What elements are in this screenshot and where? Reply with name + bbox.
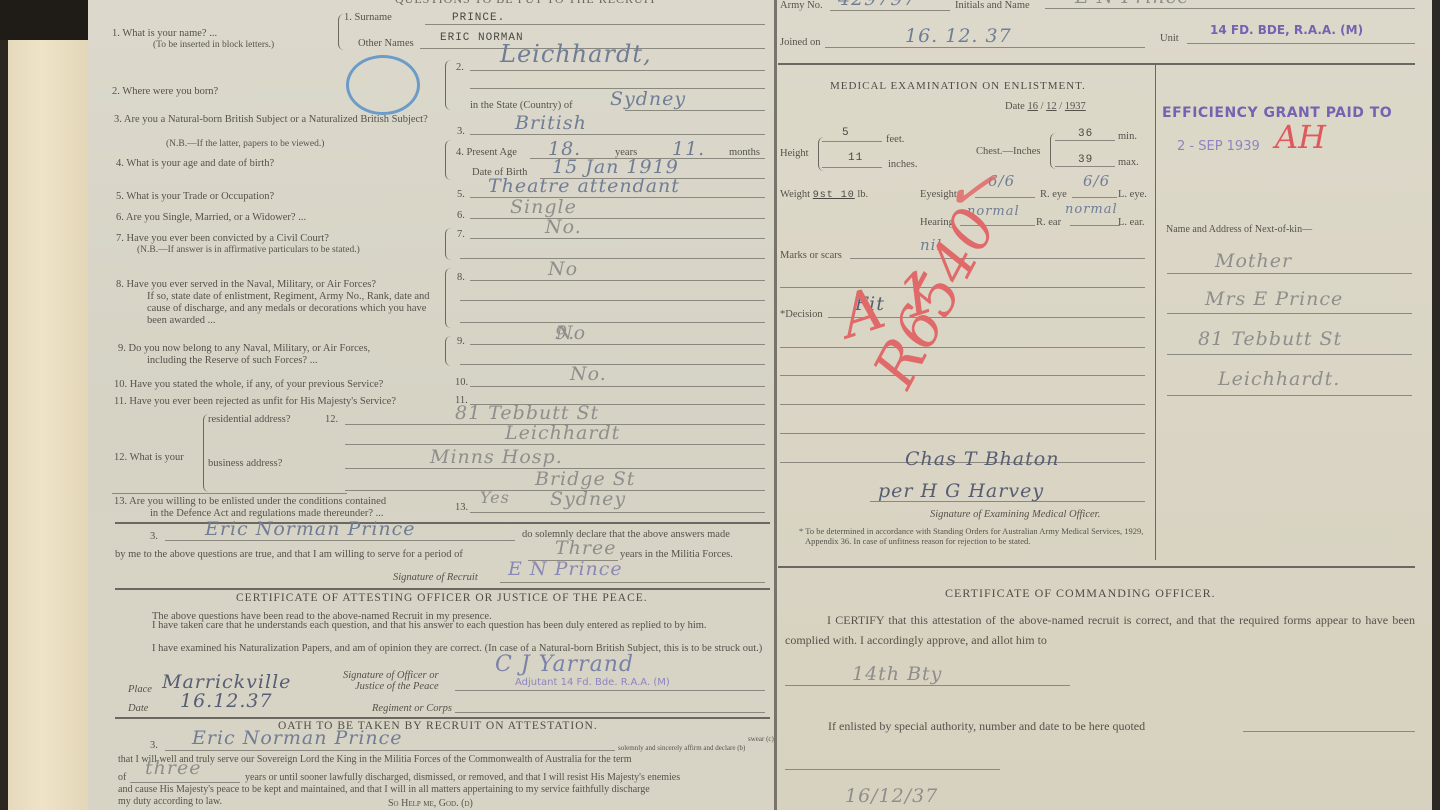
- oath-line-3: and cause His Majesty's peace to be kept…: [118, 784, 650, 796]
- rule: [470, 134, 765, 135]
- left-ear-label: L. ear.: [1118, 217, 1145, 229]
- question-2: 2. Where were you born?: [112, 86, 218, 98]
- birthplace-town: Leichhardt,: [500, 40, 652, 68]
- service-period: Three: [555, 537, 616, 559]
- oath-name: Eric Norman Prince: [192, 727, 403, 749]
- medical-title: MEDICAL EXAMINATION ON ENLISTMENT.: [830, 80, 1086, 92]
- question-8: 8. Have you ever served in the Naval, Mi…: [116, 279, 376, 291]
- question-3-note: (N.B.—If the latter, papers to be viewed…: [166, 138, 324, 150]
- rule: [1072, 197, 1117, 198]
- page-fold: [774, 0, 777, 810]
- q13-answer: Sydney: [550, 488, 626, 510]
- rule: [1167, 313, 1412, 314]
- rule: [625, 110, 765, 111]
- special-authority-label: If enlisted by special authority, number…: [828, 720, 1145, 732]
- rule: [470, 512, 765, 513]
- question-7-note: (N.B.—If answer is in affirmative partic…: [137, 244, 360, 256]
- medical-date: Date 16 / 12 / 1937: [1005, 101, 1086, 113]
- date-label: Date: [128, 703, 148, 715]
- rule: [1167, 354, 1412, 355]
- answer-number: 10.: [455, 377, 468, 389]
- answer-number: 9.: [457, 336, 465, 348]
- left-eye-value: 6/6: [1083, 172, 1110, 190]
- bracket: [445, 228, 452, 260]
- q8-answer: No: [548, 258, 578, 280]
- rule: [460, 258, 765, 259]
- rule: [460, 322, 765, 323]
- regiment-label: Regiment or Corps: [372, 703, 452, 715]
- officer-signature-label-2: Justice of the Peace: [355, 681, 439, 693]
- rule: [460, 300, 765, 301]
- unit-stamp: 14 FD. BDE, R.A.A. (M): [1210, 23, 1363, 37]
- date-value: 16.12.37: [180, 690, 273, 712]
- rule: [780, 433, 1145, 434]
- height-inches-value: 11: [848, 152, 863, 164]
- rule: [470, 70, 765, 71]
- rule: [1055, 166, 1115, 167]
- feet-label: feet.: [886, 134, 904, 146]
- oath-term: three: [145, 757, 201, 779]
- q7-answer: No.: [545, 216, 582, 238]
- allotted-unit: 14th Bty: [852, 663, 942, 685]
- q13-prefix: Yes: [480, 488, 510, 507]
- q9-answer-text: No: [556, 322, 586, 344]
- state-label: in the State (Country) of: [470, 100, 573, 112]
- adjutant-stamp: Adjutant 14 Fd. Bde. R.A.A. (M): [515, 677, 670, 688]
- army-no-label: Army No.: [780, 0, 823, 12]
- rule: [780, 375, 1145, 376]
- q10-answer: No.: [570, 363, 607, 385]
- min-label: min.: [1118, 131, 1137, 143]
- question-6: 6. Are you Single, Married, or a Widower…: [116, 212, 306, 224]
- divider: [778, 63, 1415, 65]
- rule: [850, 258, 1145, 259]
- initials-value: E N Prince: [1075, 0, 1190, 8]
- left-ear-value: normal: [1065, 202, 1118, 217]
- right-edge: [1432, 0, 1440, 810]
- joined-on-value: 16. 12. 37: [905, 25, 1012, 47]
- rule: [130, 782, 240, 783]
- question-5: 5. What is your Trade or Occupation?: [116, 191, 274, 203]
- rule: [785, 685, 1070, 686]
- bracket: [445, 336, 452, 366]
- paper-tape-strip: [8, 40, 93, 810]
- question-10: 10. Have you stated the whole, if any, o…: [114, 379, 383, 391]
- birthplace-state: Sydney: [610, 88, 686, 110]
- declaration-text-3: years in the Militia Forces.: [620, 549, 733, 561]
- business-address-2: Bridge St: [535, 468, 635, 490]
- efficiency-grant-initials: AH: [1275, 118, 1326, 156]
- residential-address-1: 81 Tebbutt St: [455, 402, 599, 424]
- occupation-value: Theatre attendant: [488, 175, 680, 197]
- next-of-kin-line-2: Mrs E Prince: [1205, 288, 1343, 310]
- divider: [778, 566, 1415, 568]
- rule: [460, 364, 765, 365]
- co-certificate-text: I CERTIFY that this attestation of the a…: [785, 610, 1415, 650]
- medical-footnote: * To be determined in accordance with St…: [795, 526, 1155, 546]
- question-4: 4. What is your age and date of birth?: [116, 158, 274, 170]
- marital-status-value: Single: [510, 196, 577, 218]
- blue-pencil-circle-mark: [346, 55, 420, 115]
- bracket: [818, 137, 825, 171]
- right-page: [777, 0, 1432, 810]
- question-3: 3. Are you a Natural-born British Subjec…: [114, 114, 428, 126]
- right-eye-label: R. eye: [1040, 189, 1067, 201]
- rule: [822, 141, 882, 142]
- question-11: 11. Have you ever been rejected as unfit…: [114, 396, 396, 408]
- months-label: months: [729, 147, 760, 159]
- declaration-text-2: by me to the above questions are true, a…: [115, 549, 463, 561]
- bracket: [445, 60, 452, 110]
- questions-header: QUESTIONS TO BE PUT TO THE RECRUIT: [395, 0, 657, 7]
- recruit-signature-label: Signature of Recruit: [393, 572, 478, 584]
- answer-number: 7.: [457, 229, 465, 241]
- question-1-note: (To be inserted in block letters.): [153, 39, 274, 51]
- answer-number: 13.: [455, 502, 468, 514]
- next-of-kin-label: Name and Address of Next-of-kin—: [1166, 224, 1312, 236]
- residential-label: residential address?: [208, 414, 291, 426]
- height-label: Height: [780, 148, 809, 160]
- joined-on-label: Joined on: [780, 37, 821, 49]
- rule: [825, 47, 1145, 48]
- surname-label: 1. Surname: [344, 12, 392, 24]
- unit-label: Unit: [1160, 33, 1179, 45]
- rule: [780, 404, 1145, 405]
- rule: [1167, 273, 1412, 274]
- chest-label: Chest.—Inches: [976, 146, 1040, 158]
- recruit-signature: E N Prince: [508, 558, 623, 580]
- rule: [822, 167, 882, 168]
- rule: [1070, 225, 1120, 226]
- max-label: max.: [1118, 157, 1139, 169]
- question-13: 13. Are you willing to be enlisted under…: [114, 496, 386, 508]
- bracket: [1050, 133, 1057, 169]
- rule: [425, 24, 765, 25]
- rule: [470, 238, 765, 239]
- right-ear-label: R. ear: [1036, 217, 1061, 229]
- answer-number: 2.: [456, 62, 464, 74]
- medical-officer-signature-2: per H G Harvey: [878, 480, 1044, 502]
- rule: [470, 218, 765, 219]
- rule: [1055, 140, 1115, 141]
- attesting-p3: I have examined his Naturalization Paper…: [112, 641, 770, 657]
- rule: [165, 540, 515, 541]
- oath-so-help-me-god: So Help me, God. (d): [388, 798, 473, 810]
- oath-line-4: my duty according to law.: [118, 796, 222, 808]
- next-of-kin-line-3: 81 Tebbutt St: [1198, 328, 1342, 350]
- marks-label: Marks or scars: [780, 250, 842, 262]
- oath-affirm: solemnly and sincerely affirm and declar…: [618, 742, 745, 754]
- answer-number: 12.: [325, 414, 338, 426]
- attesting-p2: I have taken care that he understands ea…: [112, 618, 770, 634]
- next-of-kin-line-1: Mother: [1215, 250, 1292, 272]
- rule: [455, 690, 765, 691]
- answer-number: 5.: [457, 189, 465, 201]
- rule: [1243, 731, 1415, 732]
- oath-swear: swear (c): [748, 733, 774, 745]
- rule: [1167, 395, 1412, 396]
- rule: [500, 582, 765, 583]
- attesting-title: CERTIFICATE OF ATTESTING OFFICER OR JUST…: [236, 592, 648, 604]
- decision-label: *Decision: [780, 309, 823, 321]
- rule: [165, 750, 615, 751]
- oath-number: 3.: [150, 740, 158, 752]
- bracket: [445, 140, 452, 180]
- column-divider: [1155, 64, 1156, 560]
- answer-number: 6.: [457, 210, 465, 222]
- place-label: Place: [128, 684, 152, 696]
- rule: [470, 344, 765, 345]
- rule: [780, 347, 1145, 348]
- medical-officer-signature-1: Chas T Bhaton: [905, 448, 1059, 470]
- rule: [470, 386, 765, 387]
- divider: [115, 588, 770, 590]
- divider: [115, 717, 770, 719]
- next-of-kin-line-4: Leichhardt.: [1218, 368, 1340, 390]
- declaration-text-1: do solemnly declare that the above answe…: [522, 529, 730, 541]
- business-label: business address?: [208, 458, 282, 470]
- declaration-number: 3.: [150, 531, 158, 543]
- question-9-note: including the Reserve of such Forces? ..…: [147, 355, 318, 367]
- rule: [345, 444, 765, 445]
- question-9: 9. Do you now belong to any Naval, Milit…: [118, 343, 370, 355]
- co-certificate-date: 16/12/37: [845, 785, 938, 807]
- rule: [470, 280, 765, 281]
- rule: [785, 769, 1000, 770]
- other-names-label: Other Names: [358, 38, 414, 50]
- nationality-value: British: [515, 112, 587, 134]
- present-age-label: 4. Present Age: [456, 147, 517, 159]
- rule: [1187, 43, 1415, 44]
- left-eye-label: L. eye.: [1118, 189, 1147, 201]
- surname-value: PRINCE.: [452, 12, 505, 24]
- army-no-value: 429797: [838, 0, 917, 10]
- medical-signature-label: Signature of Examining Medical Officer.: [930, 509, 1100, 521]
- bracket: [445, 268, 452, 328]
- officer-signature: C J Yarrand: [495, 652, 634, 677]
- efficiency-grant-date: 2 - SEP 1939: [1177, 139, 1260, 154]
- oath-of: of: [118, 772, 126, 784]
- co-certificate-title: CERTIFICATE OF COMMANDING OFFICER.: [945, 586, 1216, 601]
- rule: [830, 10, 950, 11]
- weight-label: Weight 9st 10 lb.: [780, 189, 868, 202]
- question-8-note: If so, state date of enlistment, Regimen…: [147, 291, 437, 327]
- rule: [112, 493, 347, 494]
- answer-number: 8.: [457, 272, 465, 284]
- height-feet-value: 5: [842, 127, 850, 139]
- answer-number: 3.: [457, 126, 465, 138]
- torn-corner: [0, 0, 92, 40]
- chest-min-value: 36: [1078, 128, 1093, 140]
- business-address-1: Minns Hosp.: [430, 446, 563, 468]
- chest-max-value: 39: [1078, 154, 1093, 166]
- initials-label: Initials and Name: [955, 0, 1030, 12]
- question-12: 12. What is your: [114, 452, 184, 464]
- oath-line-2: years or until sooner lawfully discharge…: [245, 772, 680, 784]
- rule: [455, 712, 765, 713]
- inches-label: inches.: [888, 159, 917, 171]
- residential-address-2: Leichhardt: [505, 422, 620, 444]
- rule: [1045, 8, 1415, 9]
- declaration-name: Eric Norman Prince: [205, 518, 416, 540]
